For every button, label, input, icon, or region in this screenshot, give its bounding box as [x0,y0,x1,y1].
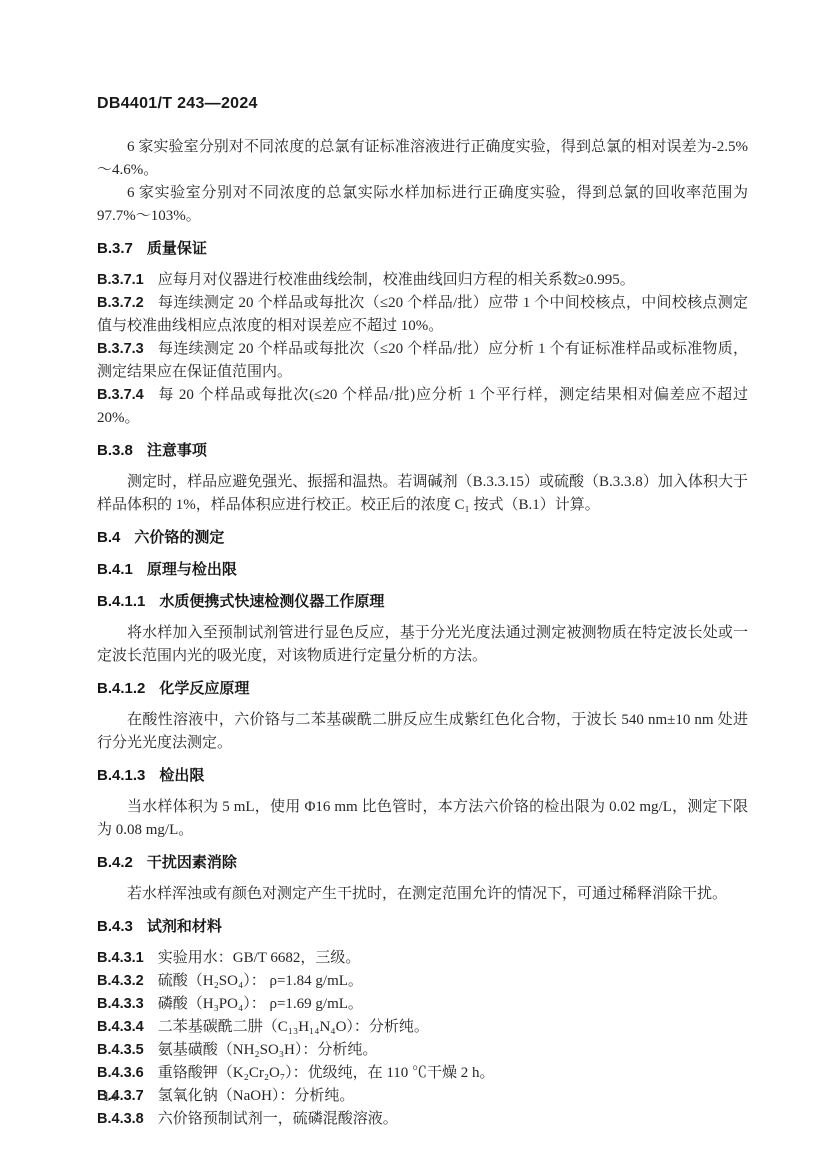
section-heading: B.4.2干扰因素消除 [97,851,748,874]
clause-text: 应每月对仪器进行校准曲线绘制，校准曲线回归方程的相关系数≥0.995。 [158,272,635,288]
heading-number: B.4.1.1 [97,593,159,610]
clause-text: 氢氧化钠（NaOH）：分析纯。 [158,1088,355,1104]
clause-text: 每 20 个样品或每批次(≤20 个样品/批)应分析 1 个平行样，测定结果相对… [97,387,748,426]
heading-title: 注意事项 [147,442,207,459]
clause-item: B.3.7.3每连续测定 20 个样品或每批次（≤20 个样品/批）应分析 1 … [97,338,748,384]
clause-item: B.3.7.1应每月对仪器进行校准曲线绘制，校准曲线回归方程的相关系数≥0.99… [97,269,748,292]
heading-title: 化学反应原理 [159,680,249,697]
section-heading: B.3.8注意事项 [97,439,748,462]
clause-number: B.3.7.4 [97,387,158,403]
body-paragraph: 6 家实验室分别对不同浓度的总氯有证标准溶液进行正确度实验，得到总氯的相对误差为… [97,136,748,182]
heading-title: 干扰因素消除 [147,854,237,871]
clause-text: 六价铬预制试剂一，硫磷混酸溶液。 [158,1111,398,1127]
heading-number: B.4.2 [97,854,147,871]
heading-title: 质量保证 [147,240,207,257]
heading-number: B.4 [97,529,134,546]
clause-text: 氨基磺酸（NH₂SO₃H）：分析纯。 [158,1042,378,1058]
heading-number: B.4.1.3 [97,767,159,784]
clause-text: 二苯基碳酰二肼（C₁₃H₁₄N₄O）：分析纯。 [158,1019,429,1035]
clause-number: B.4.3.4 [97,1019,158,1035]
heading-number: B.4.1 [97,561,147,578]
document-page: DB4401/T 243—2024 6 家实验室分别对不同浓度的总氯有证标准溶液… [0,0,826,1169]
section-heading: B.4六价铬的测定 [97,526,748,549]
clause-text: 重铬酸钾（K₂Cr₂O₇）：优级纯，在 110 ℃干燥 2 h。 [158,1065,495,1081]
clause-item: B.4.3.7氢氧化钠（NaOH）：分析纯。 [97,1085,748,1108]
clause-item: B.4.3.4二苯基碳酰二肼（C₁₃H₁₄N₄O）：分析纯。 [97,1016,748,1039]
clause-text: 实验用水：GB/T 6682，三级。 [158,950,361,966]
section-heading: B.4.1.1水质便携式快速检测仪器工作原理 [97,590,748,613]
section-heading: B.3.7质量保证 [97,237,748,260]
clause-number: B.4.3.6 [97,1065,158,1081]
clause-item: B.4.3.1实验用水：GB/T 6682，三级。 [97,947,748,970]
document-code: DB4401/T 243—2024 [97,94,748,114]
section-heading: B.4.1原理与检出限 [97,558,748,581]
clause-number: B.4.3.5 [97,1042,158,1058]
clause-item: B.4.3.8六价铬预制试剂一，硫磷混酸溶液。 [97,1108,748,1131]
clause-text: 每连续测定 20 个样品或每批次（≤20 个样品/批）应带 1 个中间校核点，中… [97,295,748,334]
heading-title: 原理与检出限 [147,561,237,578]
clause-item: B.4.3.5氨基磺酸（NH₂SO₃H）：分析纯。 [97,1039,748,1062]
heading-number: B.3.8 [97,442,147,459]
clause-number: B.4.3.3 [97,996,158,1012]
heading-number: B.4.3 [97,918,147,935]
clause-number: B.3.7.1 [97,272,158,288]
section-heading: B.4.1.2化学反应原理 [97,677,748,700]
heading-title: 水质便携式快速检测仪器工作原理 [159,593,384,610]
heading-title: 试剂和材料 [147,918,222,935]
clause-text: 硫酸（H₂SO₄）： ρ=1.84 g/mL。 [158,973,363,989]
heading-number: B.3.7 [97,240,147,257]
body-paragraph: 将水样加入至预制试剂管进行显色反应，基于分光光度法通过测定被测物质在特定波长处或… [97,622,748,668]
section-heading: B.4.1.3检出限 [97,764,748,787]
clause-number: B.3.7.2 [97,295,158,311]
clause-item: B.4.3.2硫酸（H₂SO₄）： ρ=1.84 g/mL。 [97,970,748,993]
clause-number: B.3.7.3 [97,341,158,357]
body-paragraph: 若水样浑浊或有颜色对测定产生干扰时，在测定范围允许的情况下，可通过稀释消除干扰。 [97,883,748,906]
clause-item: B.3.7.2每连续测定 20 个样品或每批次（≤20 个样品/批）应带 1 个… [97,292,748,338]
page-number: 14 [103,1086,117,1109]
clause-number: B.4.3.1 [97,950,158,966]
clause-text: 磷酸（H₃PO₄）： ρ=1.69 g/mL。 [158,996,363,1012]
clause-number: B.4.3.2 [97,973,158,989]
body-paragraph: 在酸性溶液中，六价铬与二苯基碳酰二肼反应生成紫红色化合物，于波长 540 nm±… [97,709,748,755]
heading-number: B.4.1.2 [97,680,159,697]
section-heading: B.4.3试剂和材料 [97,915,748,938]
clause-item: B.4.3.6重铬酸钾（K₂Cr₂O₇）：优级纯，在 110 ℃干燥 2 h。 [97,1062,748,1085]
clause-text: 每连续测定 20 个样品或每批次（≤20 个样品/批）应分析 1 个有证标准样品… [97,341,748,380]
clause-number: B.4.3.8 [97,1111,158,1127]
clause-item: B.4.3.3磷酸（H₃PO₄）： ρ=1.69 g/mL。 [97,993,748,1016]
heading-title: 六价铬的测定 [134,529,224,546]
clause-item: B.3.7.4每 20 个样品或每批次(≤20 个样品/批)应分析 1 个平行样… [97,384,748,430]
body-paragraph: 测定时，样品应避免强光、振摇和温热。若调碱剂（B.3.3.15）或硫酸（B.3.… [97,471,748,517]
heading-title: 检出限 [159,767,204,784]
body-paragraph: 6 家实验室分别对不同浓度的总氯实际水样加标进行正确度实验，得到总氯的回收率范围… [97,182,748,228]
body-paragraph: 当水样体积为 5 mL，使用 Φ16 mm 比色管时，本方法六价铬的检出限为 0… [97,796,748,842]
